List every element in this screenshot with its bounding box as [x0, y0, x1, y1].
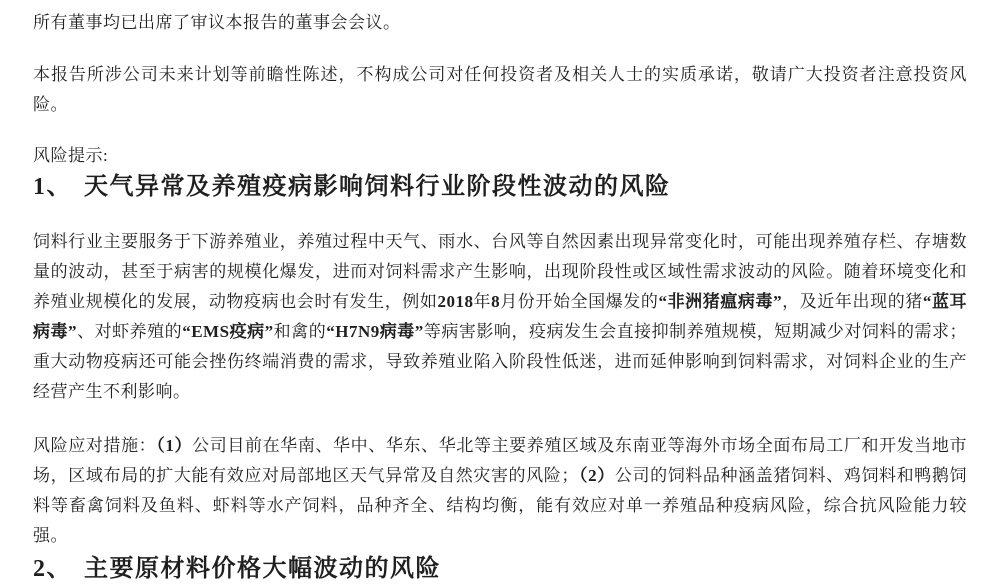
report-page: 所有董事均已出席了审议本报告的董事会会议。 本报告所涉公司未来计划等前瞻性陈述，…: [0, 8, 1000, 586]
section-1-title: 天气异常及养殖疫病影响饲料行业阶段性波动的风险: [84, 174, 671, 200]
risk-hint-label: 风险提示:: [33, 143, 967, 169]
section-1-measures-paragraph: 风险应对措施：（1）公司目前在华南、华中、华东、华北等主要养殖区域及东南亚等海外…: [33, 431, 967, 551]
section-2-number: 2、: [33, 556, 72, 582]
section-2-title: 主要原材料价格大幅波动的风险: [84, 556, 441, 582]
paragraph-board-attendance: 所有董事均已出席了审议本报告的董事会会议。: [33, 8, 967, 38]
section-2-heading: 2、主要原材料价格大幅波动的风险: [33, 551, 967, 586]
section-1-heading: 1、天气异常及养殖疫病影响饲料行业阶段性波动的风险: [33, 169, 967, 205]
paragraph-forward-looking-statement: 本报告所涉公司未来计划等前瞻性陈述，不构成公司对任何投资者及相关人士的实质承诺，…: [33, 60, 967, 120]
section-1-number: 1、: [33, 174, 72, 200]
section-1-body-paragraph: 饲料行业主要服务于下游养殖业，养殖过程中天气、雨水、台风等自然因素出现异常变化时…: [33, 227, 967, 407]
